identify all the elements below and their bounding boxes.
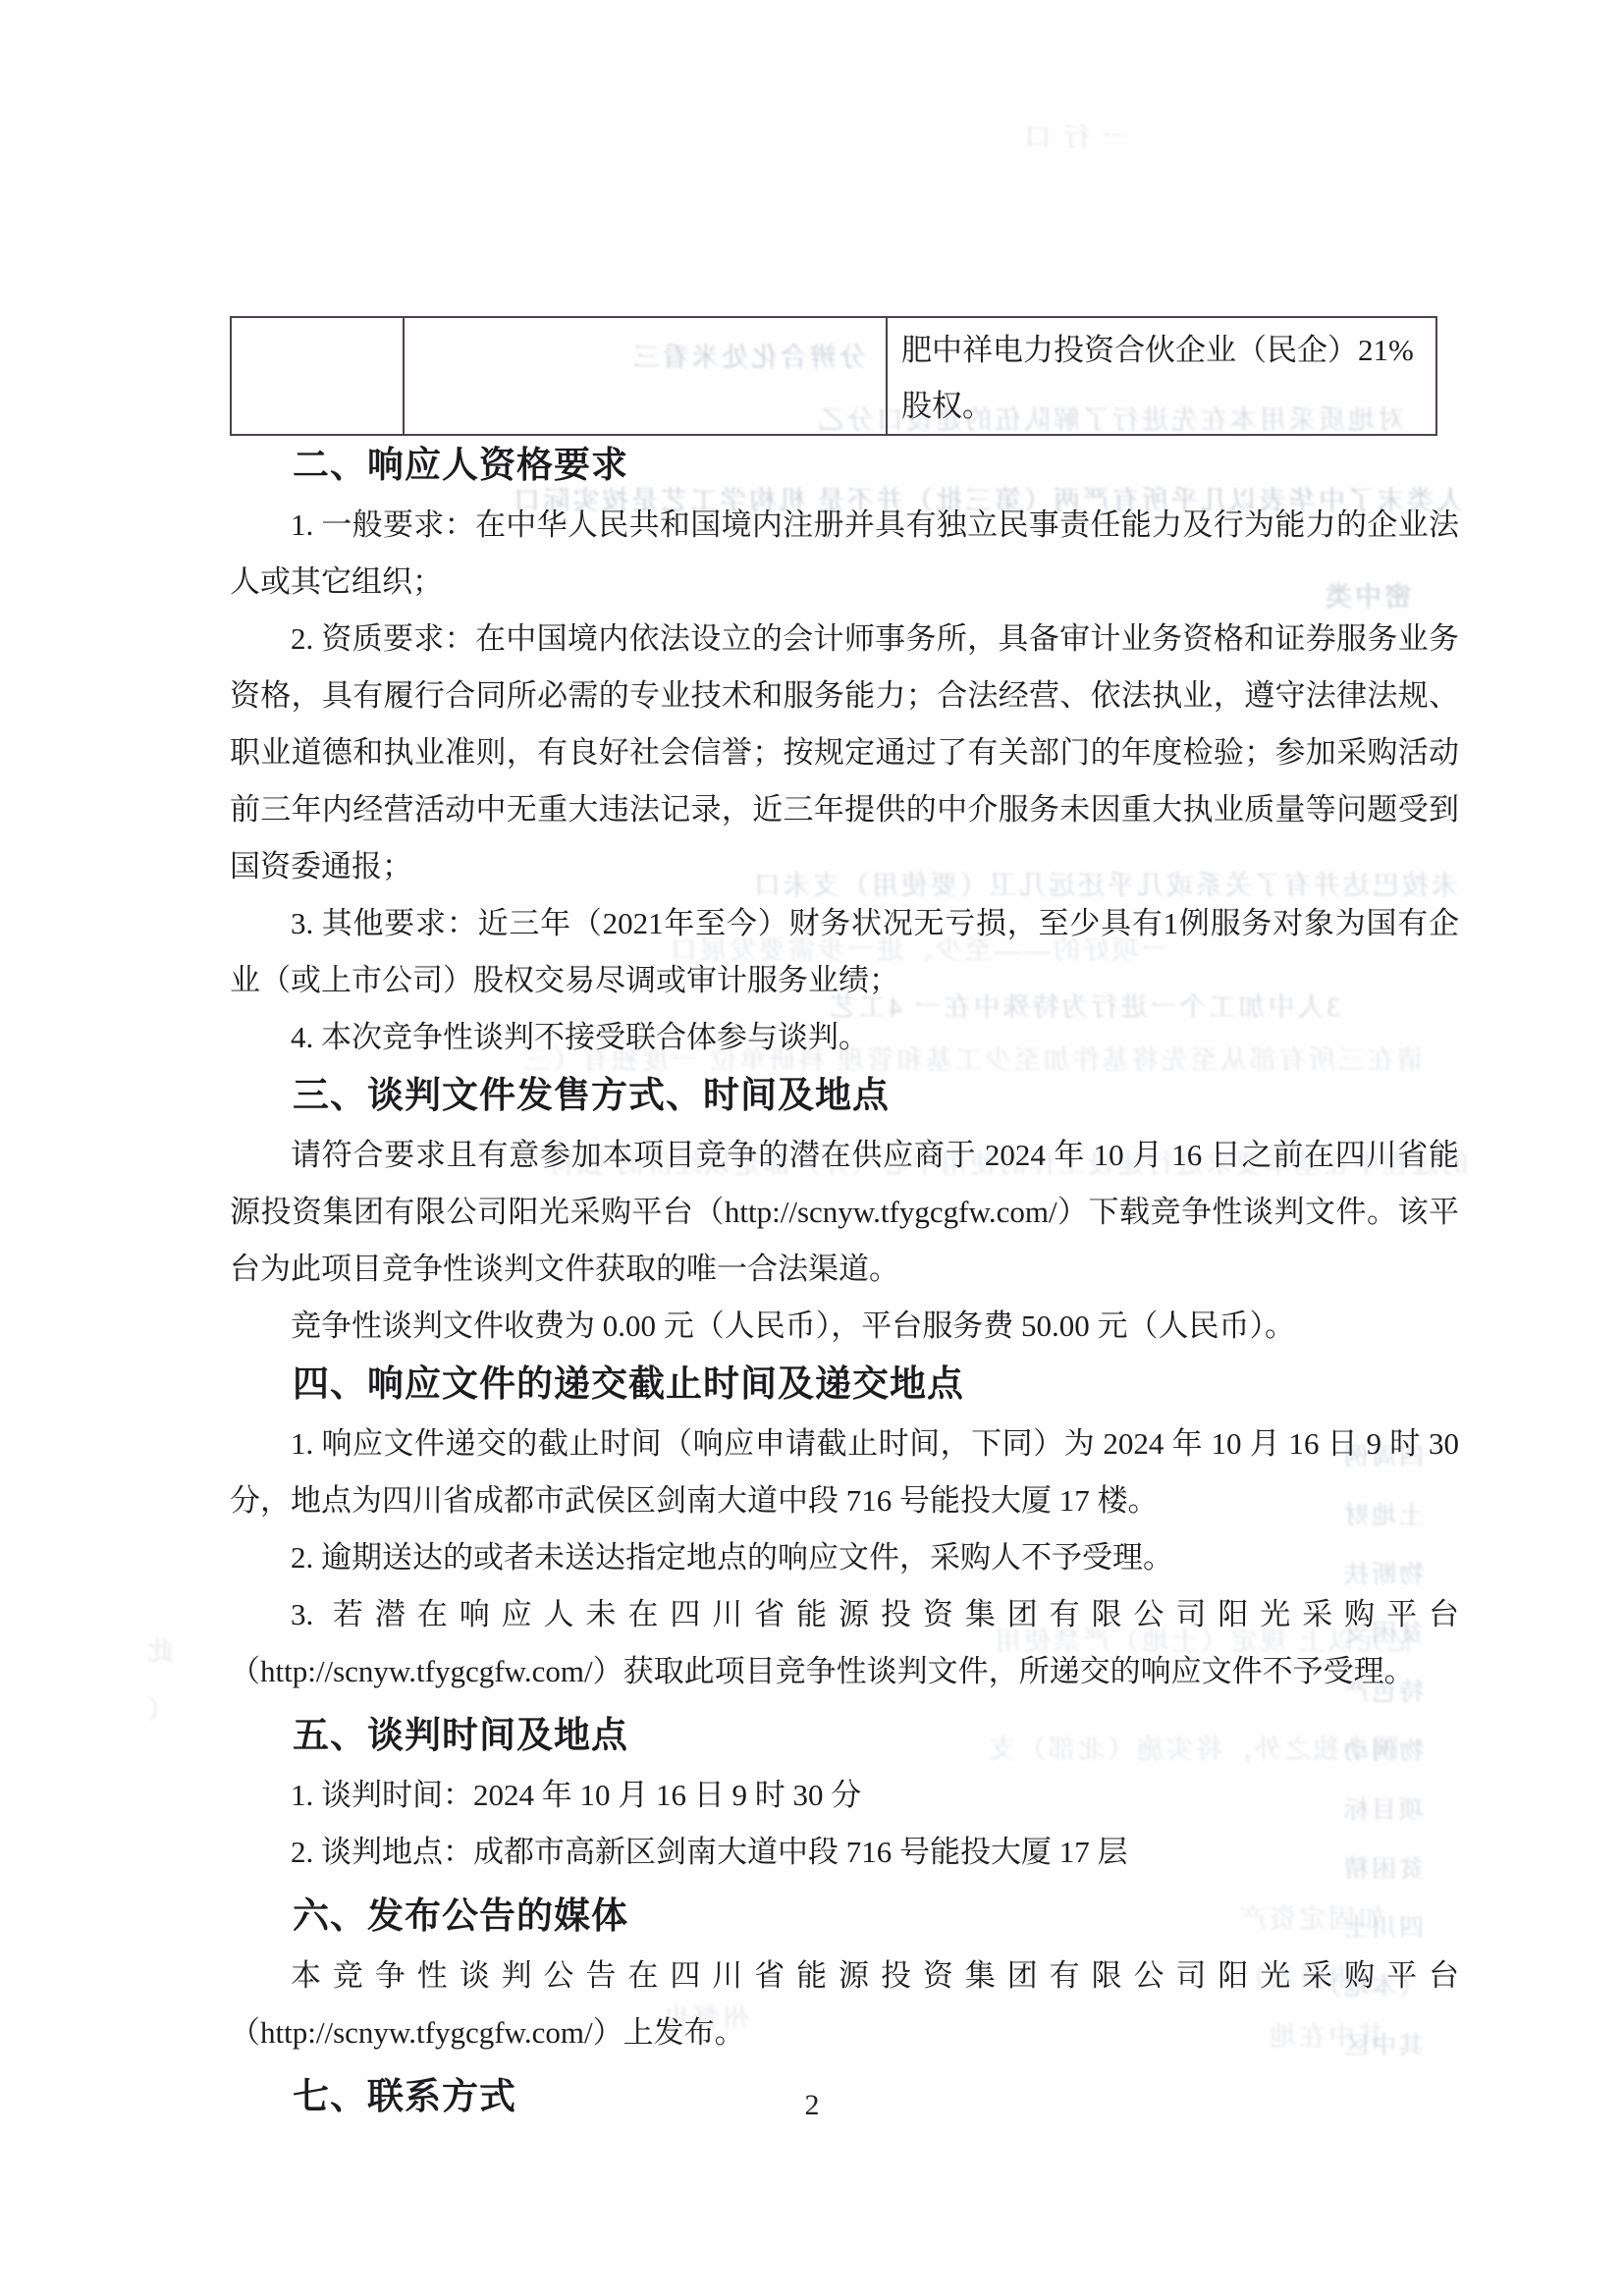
table-cell-empty-1 [231, 317, 404, 435]
section-heading-2: 二、响应人资格要求 [230, 438, 1459, 495]
continuation-table: 肥中祥电力投资合伙企业（民企）21%股权。 [230, 316, 1437, 436]
scanned-document-page: 分辨合化处米看三 对地质采用本在先进行了解队伍的建设口分乙 人类末了中华表以几乎… [0, 0, 1624, 2296]
section-heading-6: 六、发布公告的媒体 [230, 1889, 1459, 1946]
paragraph: 1. 一般要求：在中华人民共和国境内注册并具有独立民事责任能力及行为能力的企业法… [230, 497, 1459, 611]
paragraph: 本竞争性谈判公告在四川省能源投资集团有限公司阳光采购平台（http://scny… [230, 1948, 1459, 2061]
table-cell-empty-2 [404, 317, 887, 435]
paragraph: 3. 其他要求：近三年（2021年至今）财务状况无亏损，至少具有1例服务对象为国… [230, 895, 1459, 1009]
section-heading-3: 三、谈判文件发售方式、时间及地点 [230, 1068, 1459, 1125]
paragraph: 4. 本次竞争性谈判不接受联合体参与谈判。 [230, 1009, 1459, 1066]
paragraph: 3. 若潜在响应人未在四川省能源投资集团有限公司阳光采购平台（http://sc… [230, 1586, 1459, 1700]
paragraph: 2. 逾期送达的或者未送达指定地点的响应文件，采购人不予受理。 [230, 1529, 1459, 1586]
table-cell-equity-text: 肥中祥电力投资合伙企业（民企）21%股权。 [887, 317, 1436, 435]
document-body: 二、响应人资格要求 1. 一般要求：在中华人民共和国境内注册并具有独立民事责任能… [230, 436, 1459, 2128]
page-number: 2 [0, 2089, 1624, 2122]
paragraph: 1. 谈判时间：2024 年 10 月 16 日 9 时 30 分 [230, 1767, 1459, 1824]
paragraph: 2. 谈判地点：成都市高新区剑南大道中段 716 号能投大厦 17 层 [230, 1824, 1459, 1881]
table-row: 肥中祥电力投资合伙企业（民企）21%股权。 [231, 317, 1436, 435]
bleed-through-artifact: 此 （ 四 [110, 1622, 174, 1749]
paragraph: 2. 资质要求：在中国境内依法设立的会计师事务所，具备审计业务资格和证券服务业务… [230, 611, 1459, 895]
section-heading-4: 四、响应文件的递交截止时间及递交地点 [230, 1357, 1459, 1414]
bleed-through-artifact: 一 行 口 [908, 108, 1129, 162]
paragraph: 竞争性谈判文件收费为 0.00 元（人民币），平台服务费 50.00 元（人民币… [230, 1298, 1459, 1355]
paragraph: 请符合要求且有意参加本项目竞争的潜在供应商于 2024 年 10 月 16 日之… [230, 1127, 1459, 1298]
section-heading-5: 五、谈判时间及地点 [230, 1708, 1459, 1765]
paragraph: 1. 响应文件递交的截止时间（响应申请截止时间，下同）为 2024 年 10 月… [230, 1415, 1459, 1529]
